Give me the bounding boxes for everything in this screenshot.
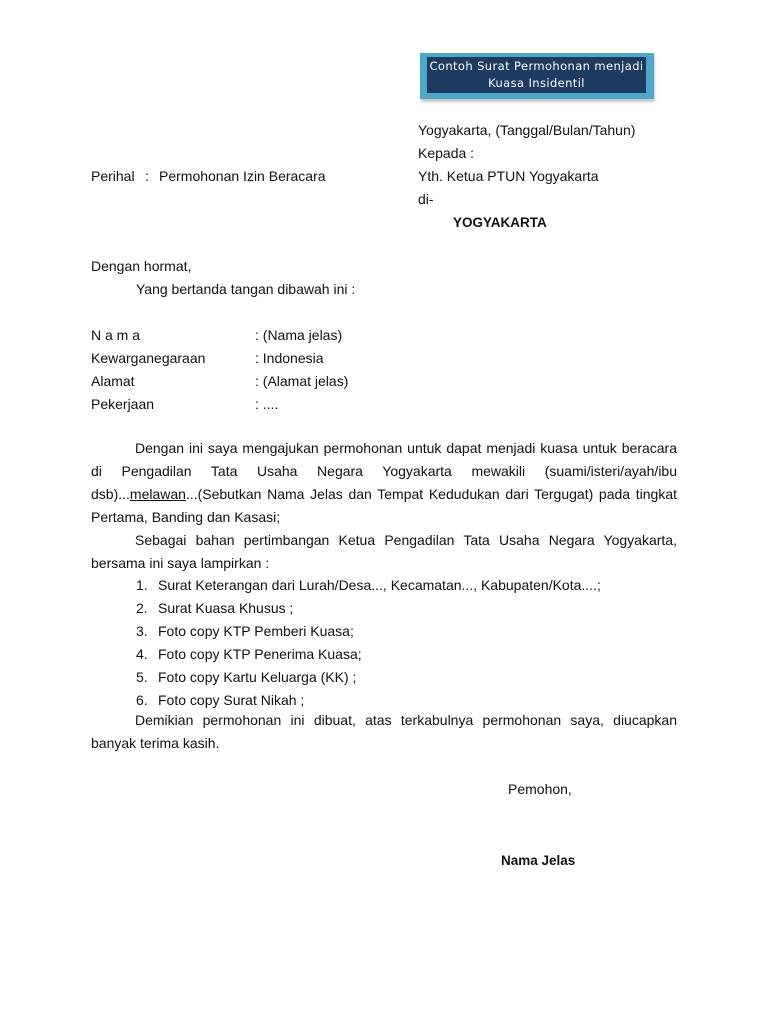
attachment-text: Foto copy Surat Nikah ; bbox=[158, 692, 304, 708]
perihal-label: Perihal bbox=[91, 165, 135, 188]
signature-label: Pemohon, bbox=[508, 778, 572, 801]
attachment-number: 4. bbox=[136, 643, 158, 666]
attachment-item: 3.Foto copy KTP Pemberi Kuasa; bbox=[136, 620, 601, 643]
to-label: Kepada : bbox=[418, 142, 474, 165]
paragraph-request: Dengan ini saya mengajukan permohonan un… bbox=[91, 437, 677, 529]
attachment-text: Surat Keterangan dari Lurah/Desa..., Kec… bbox=[158, 577, 601, 593]
body-paragraphs: Dengan ini saya mengajukan permohonan un… bbox=[91, 437, 677, 575]
identity-label: Pekerjaan bbox=[91, 393, 154, 416]
attachment-text: Foto copy KTP Pemberi Kuasa; bbox=[158, 623, 354, 639]
di-label: di- bbox=[418, 188, 434, 211]
perihal-colon: : bbox=[145, 165, 149, 188]
attachment-text: Foto copy Kartu Keluarga (KK) ; bbox=[158, 669, 356, 685]
attachment-text: Surat Kuasa Khusus ; bbox=[158, 600, 293, 616]
intro-line: Yang bertanda tangan dibawah ini : bbox=[136, 278, 355, 301]
attachment-item: 5.Foto copy Kartu Keluarga (KK) ; bbox=[136, 666, 601, 689]
recipient-city: YOGYAKARTA bbox=[453, 211, 547, 234]
closing-paragraph: Demikian permohonan ini dibuat, atas ter… bbox=[91, 709, 677, 755]
identity-value: : (Nama jelas) bbox=[255, 324, 342, 347]
attachment-item: 1.Surat Keterangan dari Lurah/Desa..., K… bbox=[136, 574, 601, 597]
identity-value: : Indonesia bbox=[255, 347, 324, 370]
identity-value: : .... bbox=[255, 393, 278, 416]
attachment-number: 3. bbox=[136, 620, 158, 643]
underlined-melawan: melawan bbox=[130, 486, 186, 502]
perihal-value: Permohonan Izin Beracara bbox=[159, 165, 326, 188]
attachment-number: 1. bbox=[136, 574, 158, 597]
signature-name: Nama Jelas bbox=[501, 849, 575, 872]
salutation: Dengan hormat, bbox=[91, 255, 191, 278]
recipient: Yth. Ketua PTUN Yogyakarta bbox=[418, 165, 599, 188]
place-date: Yogyakarta, (Tanggal/Bulan/Tahun) bbox=[418, 119, 635, 142]
attachment-item: 2.Surat Kuasa Khusus ; bbox=[136, 597, 601, 620]
closing-paragraph-wrap: Demikian permohonan ini dibuat, atas ter… bbox=[91, 709, 677, 755]
identity-label: N a m a bbox=[91, 324, 140, 347]
paragraph-attachments-intro: Sebagai bahan pertimbangan Ketua Pengadi… bbox=[91, 529, 677, 575]
attachment-number: 5. bbox=[136, 666, 158, 689]
identity-value: : (Alamat jelas) bbox=[255, 370, 348, 393]
banner-line-2: Kuasa Insidentil bbox=[427, 75, 646, 92]
title-banner-text: Contoh Surat Permohonan menjadi Kuasa In… bbox=[427, 57, 646, 93]
attachment-item: 4.Foto copy KTP Penerima Kuasa; bbox=[136, 643, 601, 666]
attachment-number: 2. bbox=[136, 597, 158, 620]
identity-label: Alamat bbox=[91, 370, 135, 393]
banner-line-1: Contoh Surat Permohonan menjadi bbox=[427, 58, 646, 75]
attachment-text: Foto copy KTP Penerima Kuasa; bbox=[158, 646, 362, 662]
identity-label: Kewarganegaraan bbox=[91, 347, 205, 370]
title-banner: Contoh Surat Permohonan menjadi Kuasa In… bbox=[420, 53, 654, 99]
attachment-list: 1.Surat Keterangan dari Lurah/Desa..., K… bbox=[136, 574, 601, 712]
